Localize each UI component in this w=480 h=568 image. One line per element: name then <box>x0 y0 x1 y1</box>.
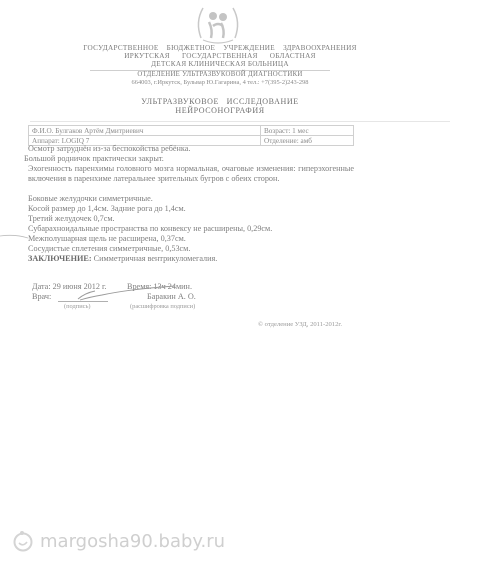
finding-subarachnoid: Субарахноидальные пространства по конвек… <box>28 224 272 234</box>
patient-info-table: Ф.И.О. Булгаков Артём Дмитриевич Возраст… <box>28 125 354 146</box>
doctor-name: Баракин А. О. <box>147 292 196 301</box>
doctor-label: Врач: <box>32 292 51 301</box>
watermark: margosha90.baby.ru <box>12 530 225 552</box>
title-divider <box>30 121 450 122</box>
finding-fontanelle: Большой родничок практически закрыт. <box>24 154 164 164</box>
patient-age: Возраст: 1 мес <box>261 126 354 136</box>
findings-section: Осмотр затруднён из-за беспокойства ребё… <box>24 144 354 274</box>
conclusion: ЗАКЛЮЧЕНИЕ: Симметричная вентрикуломегал… <box>28 254 217 264</box>
finding-echogenicity: Эхогенность паренхимы головного мозга но… <box>28 164 354 183</box>
signature-caption: (подпись) <box>64 303 91 310</box>
finding-lateral-ventricles: Боковые желудочки симметричные. <box>28 194 153 204</box>
finding-exam-note: Осмотр затруднён из-за беспокойства ребё… <box>28 144 190 154</box>
document-title: УЛЬТРАЗВУКОВОЕ ИССЛЕДОВАНИЕ <box>60 97 380 106</box>
copyright-note: © отделение УЗД, 2011-2012г. <box>258 321 342 328</box>
document-subtitle: НЕЙРОСОНОГРАФИЯ <box>60 106 380 115</box>
department-name: ОТДЕЛЕНИЕ УЛЬТРАЗВУКОВОЙ ДИАГНОСТИКИ <box>60 71 380 78</box>
watermark-text: margosha90.baby.ru <box>40 531 225 552</box>
conclusion-text: Симметричная вентрикуломегалия. <box>94 254 218 263</box>
finding-ventricle-size: Косой размер до 1,4см. Задние рога до 1,… <box>28 204 186 214</box>
finding-third-ventricle: Третий желудочек 0,7см. <box>28 214 115 224</box>
finding-choroid-plexus: Сосудистые сплетения симметричные, 0,53с… <box>28 244 190 254</box>
baby-ru-logo-icon <box>12 530 34 552</box>
department-address: 664003, г.Иркутск, Бульвар Ю.Гагарина, 4… <box>60 79 380 86</box>
signature-decode-caption: (расшифровка подписи) <box>130 303 195 310</box>
pen-mark <box>0 232 30 242</box>
hospital-emblem-icon <box>193 2 243 44</box>
finding-interhemispheric: Межполушарная щель не расширена, 0,37см. <box>28 234 186 244</box>
institution-line-3: ДЕТСКАЯ КЛИНИЧЕСКАЯ БОЛЬНИЦА <box>60 60 380 69</box>
conclusion-label: ЗАКЛЮЧЕНИЕ: <box>28 254 92 263</box>
patient-name: Ф.И.О. Булгаков Артём Дмитриевич <box>29 126 261 136</box>
